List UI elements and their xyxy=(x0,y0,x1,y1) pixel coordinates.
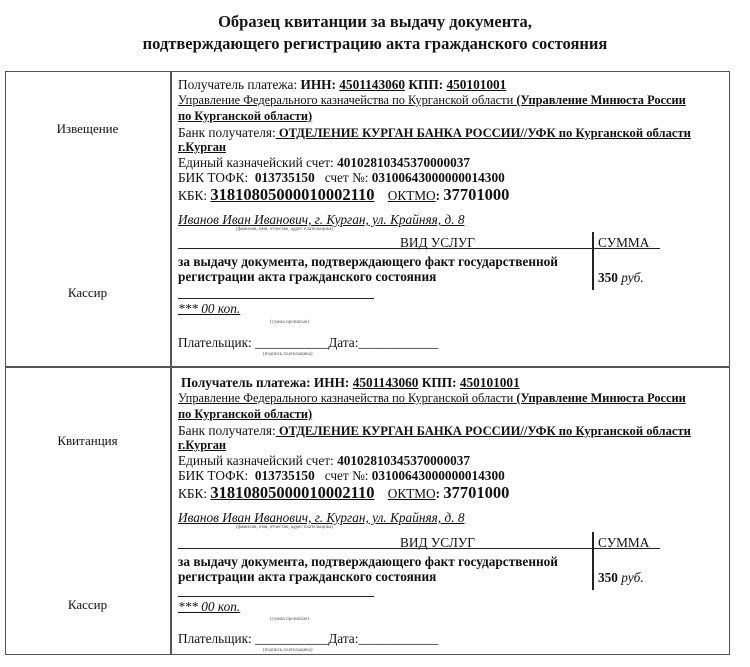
service-header: ВИД УСЛУГ xyxy=(400,235,475,250)
service-description-line-2: регистрации акта гражданского состояния xyxy=(178,269,436,284)
sum-header: СУММА xyxy=(598,535,649,550)
treasury-account-row: Единый казначейский счет: 40102810345370… xyxy=(178,453,470,468)
bank-label: Банк получателя: xyxy=(178,125,276,140)
date-field[interactable]: ____________ xyxy=(358,631,438,646)
amount-value: 350 xyxy=(598,570,618,585)
kbk-value: 31810805000010002110 xyxy=(210,185,374,204)
recipient-label: Получатель платежа: xyxy=(178,77,297,92)
recipient-label: Получатель платежа: xyxy=(181,375,311,390)
cashier-label: Кассир xyxy=(5,285,170,301)
treasury-account-value: 40102810345370000037 xyxy=(337,453,470,468)
payer-signature-label: Плательщик: xyxy=(178,335,252,350)
amount: 350 руб. xyxy=(598,270,644,285)
kopecks-amount: *** 00 коп. xyxy=(178,599,240,614)
account-value: 03100643000000014300 xyxy=(372,170,505,185)
sum-header: СУММА xyxy=(598,235,649,250)
date-label: Дата: xyxy=(328,335,358,350)
treasury-account-row: Единый казначейский счет: 40102810345370… xyxy=(178,155,470,170)
bank-name: ОТДЕЛЕНИЕ КУРГАН БАНКА РОССИИ//УФК по Ку… xyxy=(276,126,691,140)
bik-row: БИК ТОФК: 013735150 счет №: 031006430000… xyxy=(178,170,505,185)
inn-value: 4501143060 xyxy=(353,375,419,390)
bik-row: БИК ТОФК: 013735150 счет №: 031006430000… xyxy=(178,468,505,483)
amount-currency: руб. xyxy=(621,270,643,285)
service-description-line-1: за выдачу документа, подтверждающего фак… xyxy=(178,254,558,269)
amount-words-rule xyxy=(178,298,374,299)
bik-label: БИК ТОФК: xyxy=(178,468,248,483)
amount-value: 350 xyxy=(598,270,618,285)
oktmo-label: ОКТМО xyxy=(388,188,436,203)
ministry-name-part2: по Курганской области) xyxy=(178,109,312,124)
amount-currency: руб. xyxy=(621,570,643,585)
payer-signature-row: Плательщик: ___________Дата:____________ xyxy=(178,335,438,350)
signature-caption: (подпись плательщика) xyxy=(263,648,313,653)
bik-value: 013735150 xyxy=(255,170,315,185)
cashier-label-2: Кассир xyxy=(5,597,170,613)
column-divider xyxy=(170,71,172,655)
payer-caption: (фамилия, имя, отчество, адрес плательщи… xyxy=(236,227,333,232)
bik-value: 013735150 xyxy=(255,468,315,483)
amount-words-rule xyxy=(178,596,374,597)
account-value: 03100643000000014300 xyxy=(372,468,505,483)
amount-caption: (сумма прописью) xyxy=(270,617,309,622)
kpp-label: КПП: xyxy=(422,375,457,390)
oktmo-value: 37701000 xyxy=(443,185,509,204)
treasury-row: Управление Федерального казначейства по … xyxy=(178,93,686,108)
kpp-value: 450101001 xyxy=(460,375,520,390)
oktmo-value: 37701000 xyxy=(443,483,509,502)
receipt-label: Квитанция xyxy=(5,433,170,449)
date-field[interactable]: ____________ xyxy=(358,335,438,350)
kopecks-amount: *** 00 коп. xyxy=(178,301,240,316)
inn-value: 4501143060 xyxy=(339,77,405,92)
amount-caption: (сумма прописью) xyxy=(270,320,309,325)
kpp-label: КПП: xyxy=(408,77,443,92)
bank-label: Банк получателя: xyxy=(178,423,276,438)
ministry-name-part2: по Курганской области) xyxy=(178,407,312,422)
kbk-value: 31810805000010002110 xyxy=(210,483,374,502)
kbk-row: КБК: 31810805000010002110 ОКТМО: 3770100… xyxy=(178,484,509,503)
section-divider xyxy=(5,366,730,368)
treasury-name: Управление Федерального казначейства по … xyxy=(178,93,513,107)
treasury-row: Управление Федерального казначейства по … xyxy=(178,391,686,406)
kpp-value: 450101001 xyxy=(446,77,506,92)
bank-row: Банк получателя: ОТДЕЛЕНИЕ КУРГАН БАНКА … xyxy=(178,125,691,141)
account-label: счет №: xyxy=(325,170,369,185)
treasury-account-label: Единый казначейский счет: xyxy=(178,155,334,170)
kbk-row: КБК: 31810805000010002110 ОКТМО: 3770100… xyxy=(178,186,509,205)
payer-signature-field[interactable]: ___________ xyxy=(255,335,328,350)
treasury-name: Управление Федерального казначейства по … xyxy=(178,391,513,405)
bank-city: г.Курган xyxy=(178,438,226,453)
bank-city: г.Курган xyxy=(178,140,226,155)
notice-label: Извещение xyxy=(5,121,170,137)
title-line-2: подтверждающего регистрацию акта граждан… xyxy=(0,33,750,55)
payer-signature-row: Плательщик: ___________Дата:____________ xyxy=(178,631,438,646)
service-sum-divider xyxy=(592,232,594,290)
payer-signature-field[interactable]: ___________ xyxy=(255,631,328,646)
bank-row: Банк получателя: ОТДЕЛЕНИЕ КУРГАН БАНКА … xyxy=(178,423,691,439)
inn-label: ИНН: xyxy=(300,77,335,92)
document-title: Образец квитанции за выдачу документа, п… xyxy=(0,11,750,55)
bank-name: ОТДЕЛЕНИЕ КУРГАН БАНКА РОССИИ//УФК по Ку… xyxy=(276,424,691,438)
recipient-row: Получатель платежа: ИНН: 4501143060 КПП:… xyxy=(181,375,520,390)
payer-name-address: Иванов Иван Иванович, г. Курган, ул. Кра… xyxy=(178,510,465,525)
amount: 350 руб. xyxy=(598,570,644,585)
kbk-label: КБК: xyxy=(178,188,207,203)
account-label: счет №: xyxy=(325,468,369,483)
payer-caption: (фамилия, имя, отчество, адрес плательщи… xyxy=(236,525,333,530)
service-header: ВИД УСЛУГ xyxy=(400,535,475,550)
service-description-line-1: за выдачу документа, подтверждающего фак… xyxy=(178,554,558,569)
inn-label: ИНН: xyxy=(314,375,349,390)
recipient-row: Получатель платежа: ИНН: 4501143060 КПП:… xyxy=(178,77,506,92)
ministry-name-part1: (Управление Минюста России xyxy=(516,391,686,405)
bik-label: БИК ТОФК: xyxy=(178,170,248,185)
ministry-name-part1: (Управление Минюста России xyxy=(516,93,686,107)
treasury-account-value: 40102810345370000037 xyxy=(337,155,470,170)
oktmo-label: ОКТМО xyxy=(388,486,436,501)
kbk-label: КБК: xyxy=(178,486,207,501)
title-line-1: Образец квитанции за выдачу документа, xyxy=(0,11,750,33)
payer-signature-label: Плательщик: xyxy=(178,631,252,646)
service-sum-divider xyxy=(592,532,594,590)
date-label: Дата: xyxy=(328,631,358,646)
signature-caption: (подпись плательщика) xyxy=(263,352,313,357)
payer-name-address: Иванов Иван Иванович, г. Курган, ул. Кра… xyxy=(178,212,465,227)
service-description-line-2: регистрации акта гражданского состояния xyxy=(178,569,436,584)
treasury-account-label: Единый казначейский счет: xyxy=(178,453,334,468)
